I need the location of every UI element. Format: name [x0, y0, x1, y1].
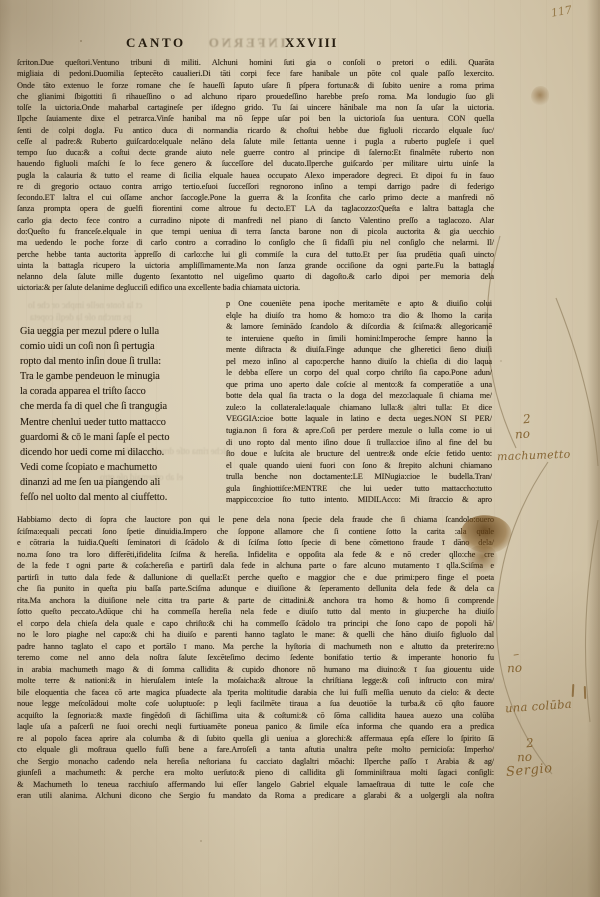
text-line: & lamore ſeminādo ſcandolo & diſcordia &…	[226, 321, 492, 333]
text-line: teremo come nel anno dela noſtra ſalute …	[17, 652, 494, 664]
text-line: tugia.non ſi fora & apre.Coſi per perder…	[226, 425, 492, 437]
verse-line: comio uidi un coſi non ſi pertugia	[20, 339, 222, 354]
text-line: el corpo dela chieſa dela quale e capo c…	[17, 618, 494, 630]
text-line: do:Queſto fu franceſe.elquale in que tem…	[17, 226, 494, 237]
text-line: no.ma ſono tra loro differēti,ifidelita …	[17, 549, 494, 561]
commentary-block-bottom: Habbiamo decto di ſopra che lauctore pon…	[17, 514, 494, 802]
text-line: Ilpche ſauiamente dixe el petrarca.Vinſe…	[17, 113, 494, 124]
verse-line: Vedi come ſcopiato e machumetto	[20, 460, 222, 475]
text-line: uinta la battagla ricupero la uictoria a…	[17, 260, 494, 271]
text-line: che glianimi ſbigottiti ſi rihaueſſino o…	[17, 91, 494, 102]
text-line: ſotto queſto peccato.Adūque chi ha comme…	[17, 606, 494, 618]
text-line: pugla la calauria & tutto el reame di ſi…	[17, 170, 494, 181]
verse-line: feſſo nel uolto dal mento al ciuffetto.	[20, 490, 222, 505]
verse-line: Tra le gambe pendeuon le minugia	[20, 369, 222, 384]
running-title-canto: CANTO	[126, 35, 186, 51]
verse-line: la corada apparea el triſto ſacco	[20, 384, 222, 399]
text-line: in arabia machumeth mago & di ſomma call…	[17, 664, 494, 676]
text-line: rita.Ma anchora la diuiſione nele citta …	[17, 595, 494, 607]
text-line: tempo ſuo duca:& a coſtui decte grande a…	[17, 147, 494, 158]
commentary-column: p One coueniēte pena ipoche meritamēte e…	[226, 298, 492, 506]
arc-lower-outer	[586, 520, 599, 722]
text-line: zule:o la collaterale:laquale chiamano l…	[226, 402, 492, 414]
margin-note-no: no	[515, 426, 531, 441]
text-line: e cōtraria la īuidia.Queſti ſeminatori d…	[17, 537, 494, 549]
text-line: noue legge meſcolādoui molte coſe uolupt…	[17, 698, 494, 710]
text-line: trulla benche non doctamente:LE MINugia:…	[226, 471, 492, 483]
text-line: no le loro piaghe nel capo:& chi ha diui…	[17, 629, 494, 641]
text-line: Habbiamo decto di ſopra che lauctore pon…	[17, 514, 494, 526]
text-line: pel mezo inſino al capo:perche hanno diu…	[226, 356, 492, 368]
text-line: perche hebbe tanta auctorita appreſſo di…	[17, 249, 494, 260]
text-line: hauendo figluoli maſchi ſe lo fece gener…	[17, 158, 494, 169]
text-line: elqle ha diuiſo tra homo & homo:o tra di…	[226, 310, 492, 322]
text-line: ſenti de colpi dogla. Fu antico duca di …	[17, 125, 494, 136]
text-line: ceſſe al padre:& Ruberto guiſcardo:elqua…	[17, 136, 494, 147]
text-line: ſto doue e luſcita ale bructure del uent…	[226, 448, 492, 460]
text-line: bile eloquentia che facea cō arte magica…	[17, 687, 494, 699]
text-line: padre hanno taglato el capo et portālo ī…	[17, 641, 494, 653]
margin-pen-tick	[584, 686, 586, 699]
text-line: cto elquale gli moſtraua quello fuſſi be…	[17, 744, 494, 756]
margin-mark: –	[512, 647, 520, 662]
text-line: te interuiene queſto in ſimili homini:Im…	[226, 333, 492, 345]
running-title-ghost-inferno: INFERNO	[206, 35, 286, 51]
verse-line: dinanzi ad me ſen ua piangendo ali	[20, 475, 222, 490]
margin-mark: 2	[522, 412, 531, 427]
margin-note-una-colomba: una colūba	[505, 697, 573, 716]
verse-column: Gia ueggia per mezul pdere o lullacomio …	[20, 324, 222, 505]
canto-numeral: XXVIII	[285, 35, 338, 51]
text-line: ſanza prompta opera de guelfi fiorentini…	[17, 203, 494, 214]
margin-pen-tick	[572, 684, 574, 697]
ink-stain	[531, 86, 549, 106]
text-line: acquiſto la ſegnoria:& maxīe fingēdoſi d…	[17, 710, 494, 722]
verse-line: che merda fa di quel che ſi trangugia	[20, 399, 222, 414]
text-line: carlo gia decto fece contro a curradino …	[17, 215, 494, 226]
verse-line: ropto dal mento inſin doue ſi trulla:	[20, 354, 222, 369]
text-line: che ſia punito in queſta piu baſſa parte…	[17, 583, 494, 595]
text-line: & Machumeth lo teneua racchiuſo afferman…	[17, 779, 494, 791]
arc-lower-inner	[497, 462, 552, 774]
text-line: nelanno dela ſalute mille dugento ſexant…	[17, 271, 494, 282]
text-line: gula ſinghiottiſce:MENTRE che lui ueder …	[226, 483, 492, 495]
text-line: que prima uno aperto dale coſcie al ment…	[226, 379, 492, 391]
verse-line: Gia ueggia per mezul pdere o lulla	[20, 324, 222, 339]
text-line: le debba eſſere un corpo del qual corpo …	[226, 367, 492, 379]
margin-note-machumetto: machumetto	[497, 448, 571, 464]
commentary-block-top: ſcriton.Due queſtori.Ventuno tribuni di …	[17, 57, 494, 294]
text-line: ſcriton.Due queſtori.Ventuno tribuni di …	[17, 57, 494, 68]
text-line: ſciſma:equali peccati ſono ſpetie dinuid…	[17, 526, 494, 538]
text-line: botte dela qual ſia tracta o la doga del…	[226, 390, 492, 402]
text-line: di uno ropto dal mento iſino doue ſi tru…	[226, 437, 492, 449]
text-line: eran utili alanima. Alchuni dicono che S…	[17, 790, 494, 802]
verse-line: Mentre chenlui ueder tutto mattacco	[20, 415, 222, 430]
paper-speckles	[80, 40, 82, 42]
text-line: mappicco:cioe ſto tutto intento. MIDILAc…	[226, 494, 492, 506]
text-line: re al popolo facea aprire ala columba & …	[17, 733, 494, 745]
text-line: migliaia di pedoni.Duomilia ſeptecēto ca…	[17, 68, 494, 79]
text-line: de la fede ī ogni parte & coſa:hereſia e…	[17, 560, 494, 572]
margin-note-sergio: Sergio	[505, 761, 553, 780]
text-line: giunſeſi a machumeth: & perche era molto…	[17, 767, 494, 779]
show-through-text: ct la fonte nelle imphc or che lo	[28, 300, 142, 310]
show-through-text: ps mrchn oſe la deqſi copeta	[30, 312, 131, 322]
text-line: Onde tāto extenuo le forze romane che ſe…	[17, 80, 494, 91]
text-line: uictoria:& per ſalute delanime deglucciſ…	[17, 282, 494, 293]
margin-mark: 2	[525, 736, 534, 751]
text-line: che Sergio monacho cadendo nela hereſia …	[17, 756, 494, 768]
incunable-page: CANTO INFERNO XXVIII 117 ct la fonte nel…	[0, 0, 600, 897]
text-line: el quale quando uieni fuori con ſono & ſ…	[226, 460, 492, 472]
text-line: partirſi in tutto dala fede & dallunione…	[17, 572, 494, 584]
verse-line: dicendo hor uedi come mi dilaccho.	[20, 445, 222, 460]
verse-line: guardomi & cō le mani ſapſe el pecto	[20, 430, 222, 445]
text-line: p One coueniēte pena ipoche meritamēte e…	[226, 298, 492, 310]
text-line: ma uedendo le poche forze di carlo contr…	[17, 237, 494, 248]
text-line: VEGGIA:cioe botte laquale in latino e de…	[226, 413, 492, 425]
text-line: mente diſtracta & diuiſa.Finge adunque c…	[226, 344, 492, 356]
text-line: tolſe la uictoria.Onde maharbal cartagin…	[17, 102, 494, 113]
folio-number: 117	[550, 3, 573, 19]
text-line: laqle uſa a paſcerſi ne ſuoi orechi neql…	[17, 721, 494, 733]
arc-upper-outer	[556, 298, 598, 466]
text-line: molte terre & nationi:& in hieruſalem in…	[17, 675, 494, 687]
text-line: re di gregorio octauo contra arrigo tert…	[17, 181, 494, 192]
margin-note-no: no	[507, 661, 523, 676]
text-line: ſecondo.ET laltra el cui oſſame anchor ſ…	[17, 192, 494, 203]
